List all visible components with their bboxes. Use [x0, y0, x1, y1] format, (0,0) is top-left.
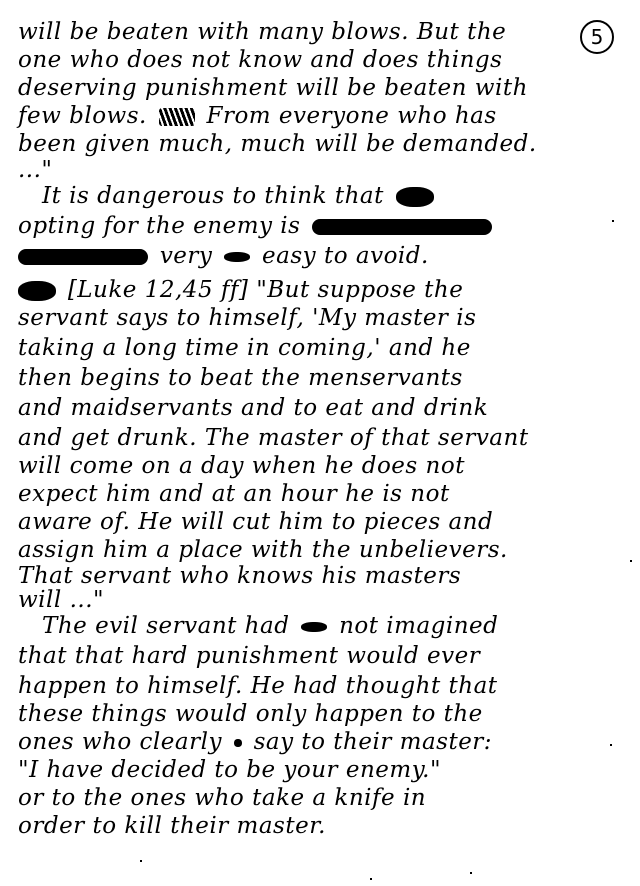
- text-line: deserving punishment will be beaten with: [18, 74, 528, 102]
- text-fragment: From everyone who has: [206, 103, 496, 129]
- text-line: happen to himself. He had thought that: [18, 672, 498, 700]
- text-line: servant says to himself, 'My master is: [18, 304, 476, 332]
- scan-speck: [610, 744, 612, 746]
- text-line: or to the ones who take a knife in: [18, 784, 426, 812]
- text-line: ones who clearly say to their master:: [18, 728, 492, 756]
- redaction-scribble: [18, 281, 56, 301]
- text-fragment: [Luke 12,45 ff] "But suppose the: [68, 277, 464, 303]
- text-line: order to kill their master.: [18, 812, 326, 840]
- text-line: these things would only happen to the: [18, 700, 483, 728]
- text-line: taking a long time in coming,' and he: [18, 334, 471, 362]
- text-line: "I have decided to be your enemy.": [18, 756, 441, 784]
- text-line: very easy to avoid.: [18, 242, 429, 270]
- text-fragment: The evil servant had: [42, 613, 289, 639]
- text-line: It is dangerous to think that: [42, 182, 438, 210]
- redaction-scribble: [18, 249, 148, 265]
- text-line: will ...": [18, 586, 104, 614]
- redaction-scribble: [159, 108, 195, 126]
- text-line: will be beaten with many blows. But the: [18, 18, 506, 46]
- scan-speck: [630, 560, 632, 562]
- redaction-mark: [234, 739, 242, 747]
- handwritten-page: 5 will be beaten with many blows. But th…: [0, 0, 640, 886]
- text-fragment: few blows.: [18, 103, 147, 129]
- text-fragment: say to their master:: [254, 729, 492, 755]
- text-line: will come on a day when he does not: [18, 452, 465, 480]
- page-number-circled: 5: [580, 20, 614, 54]
- redaction-scribble: [396, 187, 434, 207]
- text-fragment: opting for the enemy is: [18, 213, 300, 239]
- text-fragment: It is dangerous to think that: [42, 183, 384, 209]
- text-fragment: easy to avoid.: [262, 243, 429, 269]
- text-line: been given much, much will be demanded.: [18, 130, 537, 158]
- text-line: and maidservants and to eat and drink: [18, 394, 488, 422]
- text-line: and get drunk. The master of that servan…: [18, 424, 529, 452]
- redaction-scribble: [312, 219, 492, 235]
- text-line: opting for the enemy is: [18, 212, 496, 240]
- redaction-scribble: [301, 622, 327, 632]
- text-line: assign him a place with the unbelievers.: [18, 536, 508, 564]
- text-line: then begins to beat the menservants: [18, 364, 463, 392]
- text-fragment: ones who clearly: [18, 729, 222, 755]
- text-line: that that hard punishment would ever: [18, 642, 480, 670]
- text-line: few blows. From everyone who has: [18, 102, 497, 130]
- scan-speck: [612, 220, 614, 222]
- scan-speck: [140, 860, 142, 862]
- text-line: one who does not know and does things: [18, 46, 502, 74]
- text-line: aware of. He will cut him to pieces and: [18, 508, 493, 536]
- redaction-scribble: [224, 252, 250, 262]
- text-fragment: very: [160, 243, 213, 269]
- scan-speck: [370, 878, 372, 880]
- scan-speck: [470, 872, 472, 874]
- text-fragment: not imagined: [339, 613, 498, 639]
- text-line: ...": [18, 156, 53, 184]
- text-line: expect him and at an hour he is not: [18, 480, 450, 508]
- text-line: The evil servant had not imagined: [42, 612, 498, 640]
- text-line: [Luke 12,45 ff] "But suppose the: [18, 276, 463, 304]
